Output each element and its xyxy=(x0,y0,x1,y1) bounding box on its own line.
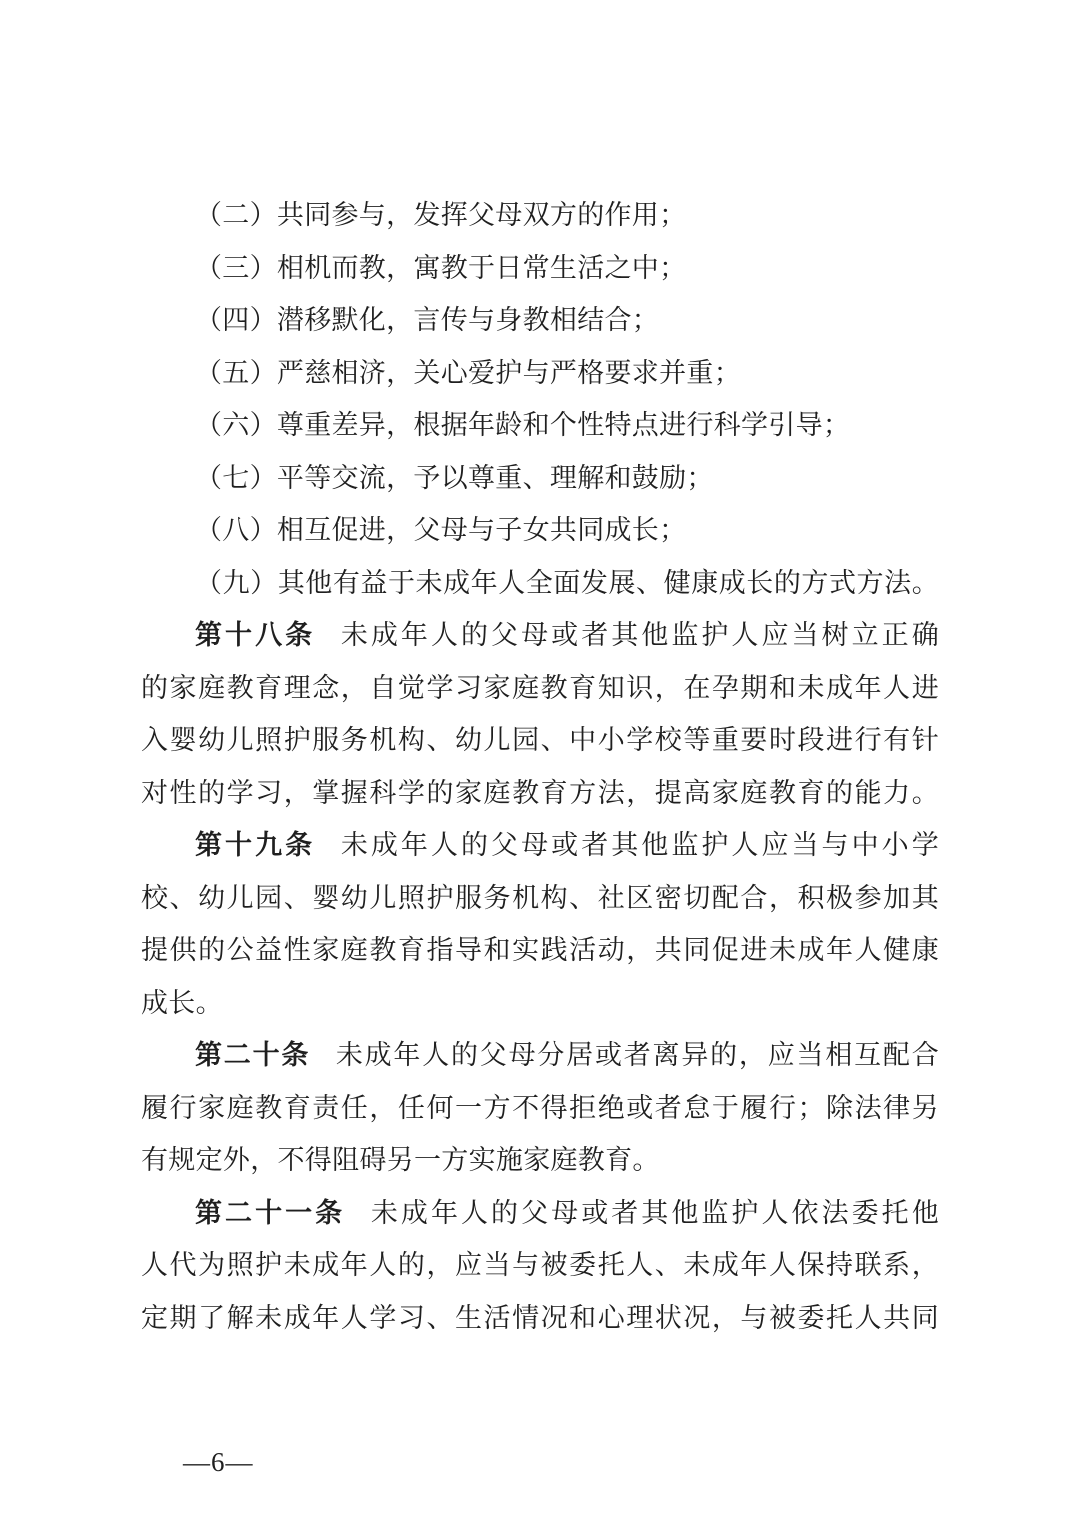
text-line: （二）共同参与，发挥父母双方的作用； xyxy=(141,189,939,242)
text-line: （四）潜移默化，言传与身教相结合； xyxy=(141,294,939,347)
text-line: 人代为照护未成年人的，应当与被委托人、未成年人保持联系， xyxy=(141,1239,939,1292)
text-line: 提供的公益性家庭教育指导和实践活动，共同促进未成年人健康 xyxy=(141,924,939,977)
article-number: 第十八条 xyxy=(195,620,315,650)
text-line: （六）尊重差异，根据年龄和个性特点进行科学引导； xyxy=(141,399,939,452)
text-line: （九）其他有益于未成年人全面发展、健康成长的方式方法。 xyxy=(141,557,939,610)
text-line: （八）相互促进，父母与子女共同成长； xyxy=(141,504,939,557)
text-line: 第二十一条未成年人的父母或者其他监护人依法委托他 xyxy=(141,1187,939,1240)
text-line: 校、幼儿园、婴幼儿照护服务机构、社区密切配合，积极参加其 xyxy=(141,872,939,925)
text-line: （三）相机而教，寓教于日常生活之中； xyxy=(141,242,939,295)
text-line: 履行家庭教育责任，任何一方不得拒绝或者怠于履行；除法律另 xyxy=(141,1082,939,1135)
text-line: 定期了解未成年人学习、生活情况和心理状况，与被委托人共同 xyxy=(141,1292,939,1345)
text-line: （五）严慈相济，关心爱护与严格要求并重； xyxy=(141,347,939,400)
text-line: 入婴幼儿照护服务机构、幼儿园、中小学校等重要时段进行有针 xyxy=(141,714,939,767)
text-line: （七）平等交流，予以尊重、理解和鼓励； xyxy=(141,452,939,505)
document-body: （二）共同参与，发挥父母双方的作用；（三）相机而教，寓教于日常生活之中；（四）潜… xyxy=(141,189,939,1344)
text-line: 成长。 xyxy=(141,977,939,1030)
page-number: —6— xyxy=(183,1442,254,1482)
article-number: 第二十条 xyxy=(195,1040,310,1070)
text-line: 对性的学习，掌握科学的家庭教育方法，提高家庭教育的能力。 xyxy=(141,767,939,820)
text-line: 有规定外，不得阻碍另一方实施家庭教育。 xyxy=(141,1134,939,1187)
article-number: 第二十一条 xyxy=(195,1198,345,1228)
text-line: 第十八条未成年人的父母或者其他监护人应当树立正确 xyxy=(141,609,939,662)
document-page: （二）共同参与，发挥父母双方的作用；（三）相机而教，寓教于日常生活之中；（四）潜… xyxy=(0,0,1074,1520)
text-line: 的家庭教育理念，自觉学习家庭教育知识，在孕期和未成年人进 xyxy=(141,662,939,715)
text-line: 第二十条未成年人的父母分居或者离异的，应当相互配合 xyxy=(141,1029,939,1082)
article-number: 第十九条 xyxy=(195,830,315,860)
text-line: 第十九条未成年人的父母或者其他监护人应当与中小学 xyxy=(141,819,939,872)
